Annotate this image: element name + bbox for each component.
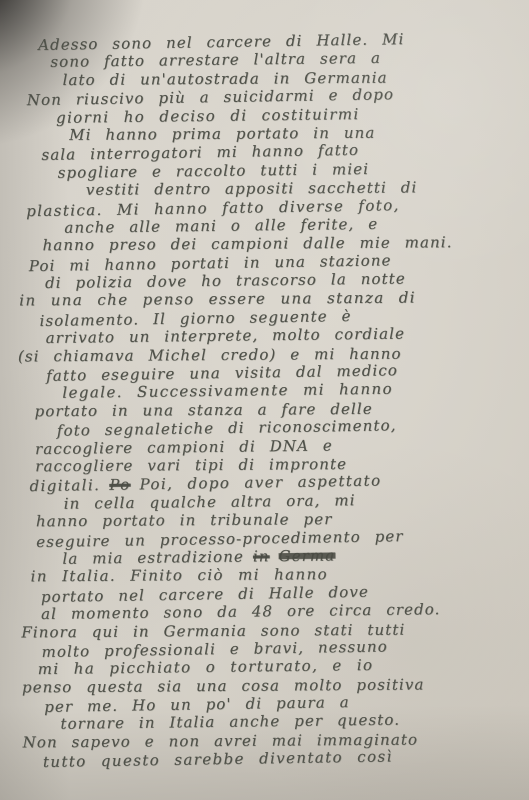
letter-photograph: Adesso sono nel carcere di Halle. Mi son… [0,0,529,800]
scribbled-out-word: Germa [278,546,335,565]
crossed-out-word: in [253,547,270,565]
letter-text: digitali. [29,476,100,495]
handwritten-letter: Adesso sono nel carcere di Halle. Mi son… [0,29,529,771]
crossed-out-word: Po [109,476,131,494]
